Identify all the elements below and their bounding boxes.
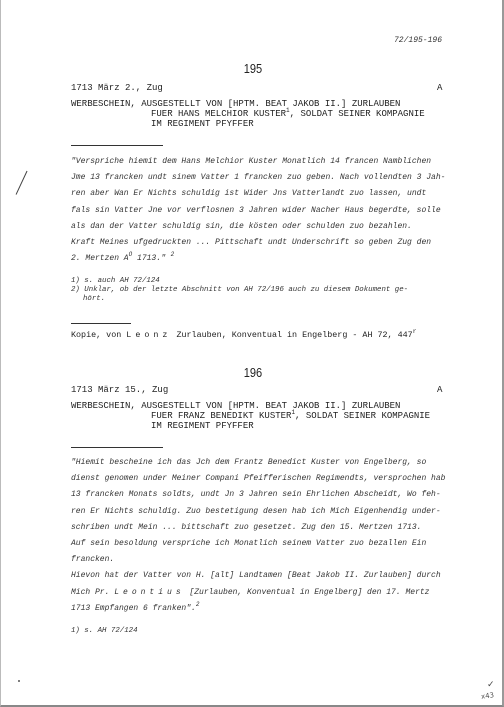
quote-line: 1713 Empfangen 6 franken".2	[71, 601, 445, 617]
title-line: WERBESCHEIN, AUSGESTELLT VON [HPTM. BEAT…	[71, 99, 425, 109]
footnote: 1) s. auch AH 72/124	[71, 277, 408, 286]
quote-line: schriben undt Mein ... bittschaft zuo ge…	[71, 520, 445, 536]
title-line: IM REGIMENT PFYFFER	[71, 119, 425, 129]
marker-195: A	[437, 83, 442, 93]
footnote: hört.	[71, 295, 408, 304]
document-number-196: 196	[39, 365, 467, 380]
separator-rule	[71, 323, 131, 324]
quote-line: ren aber Wan Er Nichts schuldig ist Wide…	[71, 186, 445, 202]
quote-line: fals sin Vatter Jne vor verflosnen 3 Jah…	[71, 203, 445, 219]
footnote: 2) Unklar, ob der letzte Abschnitt von A…	[71, 286, 408, 295]
separator-rule	[71, 145, 163, 146]
footnotes-195: 1) s. auch AH 72/124 2) Unklar, ob der l…	[71, 277, 408, 304]
quote-line: 2. Mertzen AO 1713." 2	[71, 251, 445, 267]
document-page: 72/195-196 195 1713 März 2., Zug A WERBE…	[0, 0, 504, 707]
title-line: WERBESCHEIN, AUSGESTELLT VON [HPTM. BEAT…	[71, 401, 430, 411]
title-195: WERBESCHEIN, AUSGESTELLT VON [HPTM. BEAT…	[71, 99, 425, 129]
separator-rule	[71, 447, 163, 448]
quote-line: Hievon hat der Vatter von H. [alt] Landt…	[71, 568, 445, 584]
footnotes-196: 1) s. AH 72/124	[71, 627, 138, 636]
quote-line: Auf sein besoldung verspriche ich Monatl…	[71, 536, 445, 552]
quote-line: Mich Pr. Leontius [Zurlauben, Konventual…	[71, 585, 445, 601]
quote-line: francken.	[71, 552, 445, 568]
title-line: FUER FRANZ BENEDIKT KUSTER1, SOLDAT SEIN…	[71, 411, 430, 421]
source-line-195: Kopie, von Leonz Zurlauben, Konventual i…	[71, 330, 416, 340]
margin-slash-mark	[16, 171, 29, 195]
quote-195: "Verspriche hiemit dem Hans Melchior Kus…	[71, 154, 445, 267]
footnote-marker: 2	[196, 601, 200, 608]
title-line: FUER HANS MELCHIOR KUSTER1, SOLDAT SEINE…	[71, 109, 425, 119]
quote-line: Kraft Meines ufgedruckten ... Pittschaft…	[71, 235, 445, 251]
checkmark-icon: ✓	[487, 680, 495, 690]
quote-line: "Verspriche hiemit dem Hans Melchior Kus…	[71, 154, 445, 170]
archive-reference: 72/195-196	[394, 36, 442, 45]
handwritten-page-number: x43	[481, 691, 495, 701]
marker-196: A	[437, 385, 442, 395]
quote-line: dienst genomen under Meiner Compani Pfei…	[71, 471, 445, 487]
dateline-195: 1713 März 2., Zug	[71, 83, 163, 93]
dateline-196: 1713 März 15., Zug	[71, 385, 168, 395]
stray-dot-mark	[18, 680, 20, 682]
quote-196: "Hiemit bescheine ich das Jch dem Frantz…	[71, 455, 445, 617]
quote-line: 13 francken Monats soldts, undt Jn 3 Jah…	[71, 487, 445, 503]
quote-line: ren Er Nichts schuldig. Zuo bestetigung …	[71, 504, 445, 520]
quote-line: als dan der Vatter schuldig sin, die kös…	[71, 219, 445, 235]
title-196: WERBESCHEIN, AUSGESTELLT VON [HPTM. BEAT…	[71, 401, 430, 431]
footnote-marker: 2	[171, 251, 175, 258]
footnote: 1) s. AH 72/124	[71, 627, 138, 636]
quote-line: "Hiemit bescheine ich das Jch dem Frantz…	[71, 455, 445, 471]
title-line: IM REGIMENT PFYFFER	[71, 421, 430, 431]
document-number-195: 195	[39, 61, 467, 76]
quote-line: Jme 13 francken undt sinem Vatter 1 fran…	[71, 170, 445, 186]
